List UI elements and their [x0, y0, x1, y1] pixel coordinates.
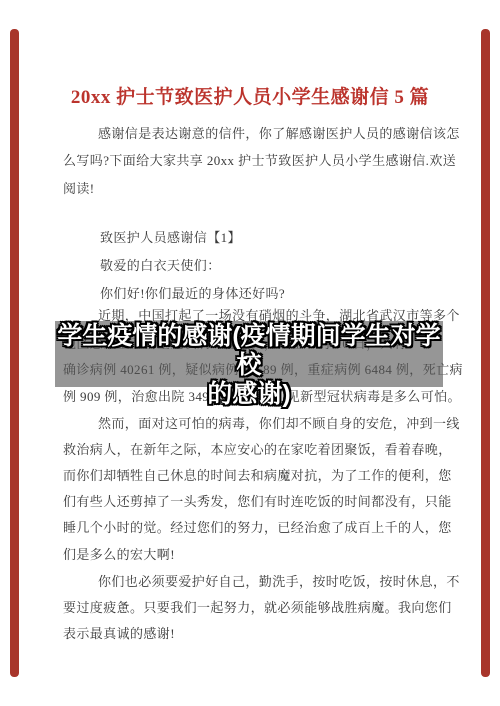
body-text-line: 救治病人，在新年之际，本应安心的在家吃着团聚饭，看着春晚， [63, 442, 452, 457]
body-text-line: 表示最真诚的感谢! [63, 626, 175, 641]
body-text-line: 们有些人还剪掉了一头秀发，您们有时连吃饭的时间都没有，只能 [63, 494, 452, 509]
body-text-line: 你们好!你们最近的身体还好吗? [100, 286, 285, 301]
body-text-line: 敬爱的白衣天使们： [100, 258, 221, 273]
body-text-line: 阅读! [63, 181, 95, 196]
body-text-line: 要过度疲惫。只要我们一起努力，就必须能够战胜病魔。我向您们 [63, 600, 452, 615]
body-text-line: 你们也必须要爱护好自己，勤洗手，按时吃饭，按时休息，不 [98, 574, 460, 589]
watermark-band: 学生疫情的感谢(疫情期间学生对学校 的感谢) [55, 321, 443, 387]
body-text-line: 们是多么的宏大啊! [63, 547, 175, 562]
watermark-title: 学生疫情的感谢(疫情期间学生对学校 的感谢) [55, 321, 443, 409]
body-text-line: 感谢信是表达谢意的信件，你了解感谢医护人员的感谢信该怎 [98, 126, 460, 141]
body-text-line: 而你们却牺牲自己休息的时间去和病魔对抗，为了工作的便利，您 [63, 468, 452, 483]
body-text-line: 睡几个小时的觉。经过您们的努力，已经治愈了成百上千的人，您 [63, 520, 452, 535]
body-text-line: 然而，面对这可怕的病毒，你们却不顾自身的安危，冲到一线 [98, 416, 460, 431]
body-text-line: 么写吗?下面给大家共享 20xx 护士节致医护人员小学生感谢信.欢送 [63, 153, 456, 168]
right-border-bar [481, 29, 490, 677]
page-title: 20xx 护士节致医护人员小学生感谢信 5 篇 [0, 82, 500, 109]
document-page: 20xx 护士节致医护人员小学生感谢信 5 篇 感谢信是表达谢意的信件，你了解感… [0, 0, 500, 706]
watermark-line-2: 的感谢) [55, 380, 443, 409]
section-heading: 致医护人员感谢信【1】 [100, 230, 241, 245]
left-border-bar [10, 29, 19, 677]
watermark-line-1: 学生疫情的感谢(疫情期间学生对学校 [55, 322, 443, 380]
